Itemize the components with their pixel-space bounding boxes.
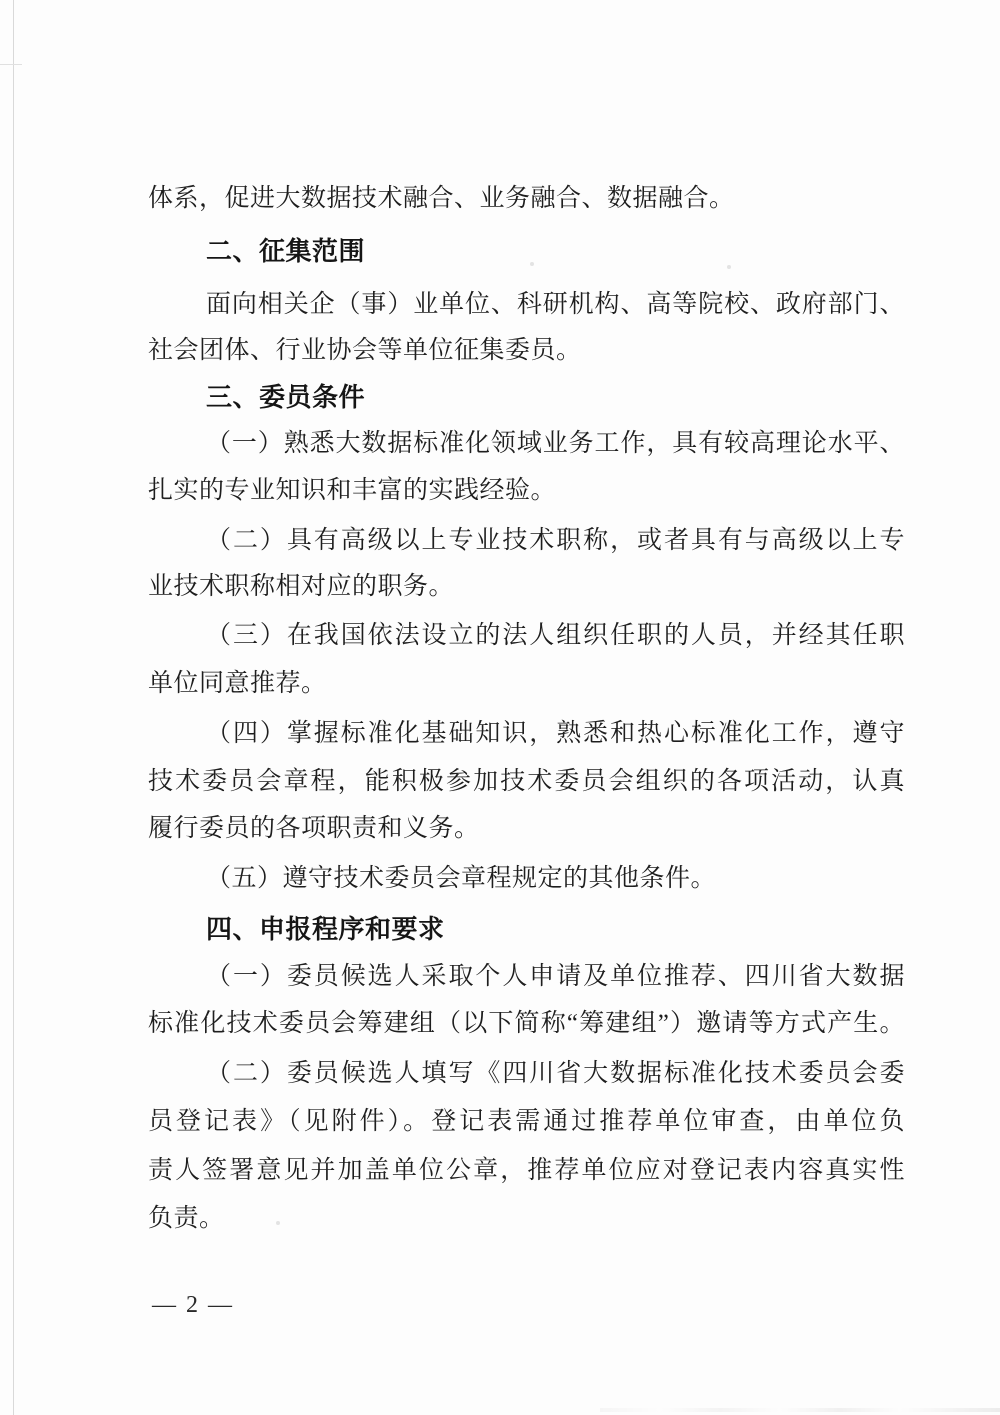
body-line: 单位同意推荐。 <box>148 668 905 704</box>
section-heading: 三、委员条件 <box>148 381 905 417</box>
body-line: 技术委员会章程，能积极参加技术委员会组织的各项活动，认真 <box>148 766 905 802</box>
body-line: （三）在我国依法设立的法人组织任职的人员，并经其任职 <box>148 620 905 656</box>
body-line: 社会团体、行业协会等单位征集委员。 <box>148 335 905 371</box>
body-line: 标准化技术委员会筹建组（以下简称“筹建组”）邀请等方式产生。 <box>148 1008 905 1044</box>
body-line: （二）具有高级以上专业技术职称，或者具有与高级以上专 <box>148 525 905 561</box>
body-line: 员登记表》（见附件）。登记表需通过推荐单位审查，由单位负 <box>148 1106 905 1142</box>
body-line: （二）委员候选人填写《四川省大数据标准化技术委员会委 <box>148 1058 905 1094</box>
body-line: 履行委员的各项职责和义务。 <box>148 813 905 849</box>
page-number: — 2 — <box>152 1292 234 1319</box>
scan-artifact-bottom-smudge <box>600 1408 1000 1412</box>
body-line: （五）遵守技术委员会章程规定的其他条件。 <box>148 863 905 899</box>
body-line: 体系，促进大数据技术融合、业务融合、数据融合。 <box>148 183 905 219</box>
body-line: 负责。 <box>148 1203 905 1239</box>
body-line: （一）熟悉大数据标准化领域业务工作，具有较高理论水平、 <box>148 428 905 464</box>
body-line: （四）掌握标准化基础知识，熟悉和热心标准化工作，遵守 <box>148 718 905 754</box>
body-line: 扎实的专业知识和丰富的实践经验。 <box>148 475 905 511</box>
section-heading: 二、征集范围 <box>148 235 905 271</box>
body-line: （一）委员候选人采取个人申请及单位推荐、四川省大数据 <box>148 961 905 997</box>
scan-artifact-vertical-line <box>13 0 14 1415</box>
body-line: 业技术职称相对应的职务。 <box>148 571 905 607</box>
scan-artifact-top-left-line <box>0 64 22 65</box>
body-line: 责人签署意见并加盖单位公章，推荐单位应对登记表内容真实性 <box>148 1155 905 1191</box>
section-heading: 四、申报程序和要求 <box>148 913 905 949</box>
document-page: 体系，促进大数据技术融合、业务融合、数据融合。 二、征集范围 面向相关企（事）业… <box>0 0 1000 1415</box>
body-line: 面向相关企（事）业单位、科研机构、高等院校、政府部门、 <box>148 289 905 325</box>
